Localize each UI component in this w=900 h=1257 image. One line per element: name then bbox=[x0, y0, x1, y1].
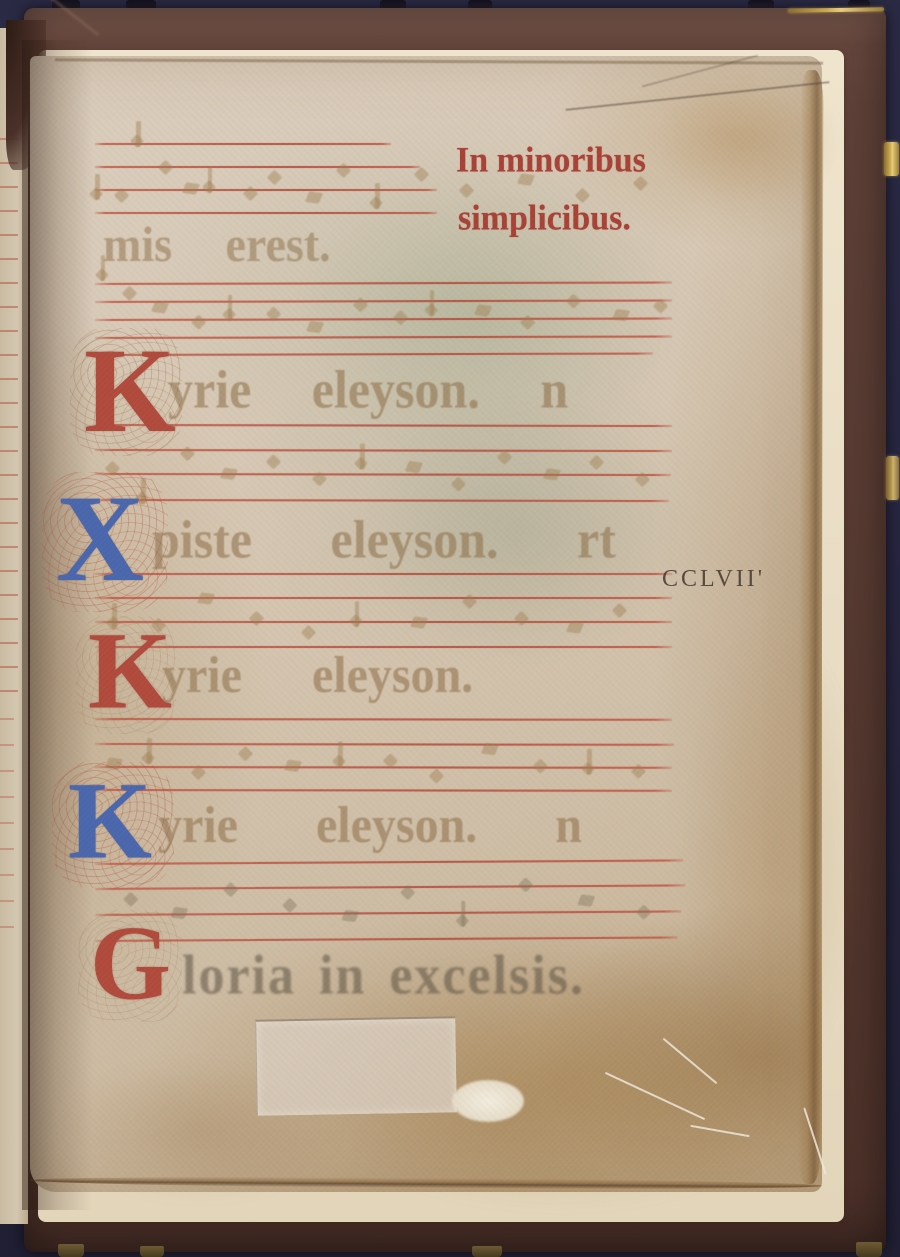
neume-mark bbox=[393, 310, 409, 326]
neume-mark bbox=[237, 746, 253, 762]
rubric-line-2: simplicibus. bbox=[458, 199, 631, 239]
staff-line bbox=[95, 166, 420, 168]
neume-mark bbox=[577, 895, 595, 907]
neume-mark bbox=[122, 285, 138, 301]
staff-line bbox=[95, 281, 672, 285]
initial-letter-x: X bbox=[56, 477, 144, 601]
neume-mark bbox=[566, 293, 582, 309]
neume-mark bbox=[336, 162, 352, 178]
neume-mark bbox=[566, 621, 584, 633]
neume-mark bbox=[612, 603, 628, 619]
initial-letter-g: G bbox=[90, 911, 171, 1017]
neume-mark bbox=[462, 594, 478, 610]
folio-number: CCLVII' bbox=[662, 566, 765, 593]
staff-line bbox=[95, 621, 672, 623]
neume-mark bbox=[360, 443, 365, 469]
neume-mark bbox=[430, 291, 435, 317]
neume-mark bbox=[631, 763, 647, 779]
neume-mark bbox=[404, 460, 422, 472]
staff-line bbox=[95, 212, 437, 214]
chant-text-row: yrie eleyson. n bbox=[158, 796, 582, 855]
neume-mark bbox=[182, 182, 200, 194]
neume-mark bbox=[589, 454, 605, 470]
staff-line bbox=[95, 317, 672, 321]
staff-line bbox=[95, 335, 672, 339]
initial-letter-k: K bbox=[84, 331, 176, 451]
neume-mark bbox=[375, 183, 380, 209]
neume-mark bbox=[249, 610, 265, 626]
chant-text-row: yrie eleyson. bbox=[162, 646, 473, 705]
neume-mark bbox=[307, 321, 325, 333]
neume-mark bbox=[474, 304, 492, 316]
staff-line bbox=[95, 499, 669, 502]
neume-mark bbox=[338, 741, 343, 767]
staff-line bbox=[95, 597, 672, 599]
chant-text-row: piste eleyson. rt bbox=[152, 508, 616, 571]
neume-mark bbox=[243, 185, 259, 201]
neume-mark bbox=[414, 167, 430, 183]
neume-mark bbox=[450, 476, 466, 492]
neume-mark bbox=[266, 454, 282, 470]
staff-line bbox=[95, 789, 672, 792]
neume-mark bbox=[191, 314, 207, 330]
manuscript-photo: In minoribus simplicibus. CCLVII' mis er… bbox=[0, 0, 900, 1257]
staff-line bbox=[95, 473, 671, 476]
initial-letter-k: K bbox=[88, 617, 172, 727]
neume-mark bbox=[282, 897, 298, 913]
neume-mark bbox=[300, 625, 316, 641]
neume-mark bbox=[151, 301, 169, 313]
neume-mark bbox=[459, 183, 475, 199]
neume-mark bbox=[514, 610, 530, 626]
staff-line bbox=[95, 189, 437, 191]
neume-mark bbox=[284, 760, 302, 772]
neume-mark bbox=[220, 467, 238, 479]
staff-line bbox=[95, 299, 672, 303]
initial-letter-k: K bbox=[68, 767, 152, 877]
staff-line bbox=[95, 573, 672, 575]
neume-mark bbox=[533, 758, 549, 774]
neume-mark bbox=[461, 901, 466, 927]
staff-line bbox=[95, 718, 672, 721]
neume-mark bbox=[223, 881, 239, 897]
neume-mark bbox=[543, 468, 561, 480]
neume-mark bbox=[170, 906, 188, 918]
neume-mark bbox=[587, 749, 592, 775]
neume-mark bbox=[481, 743, 499, 755]
chant-text-row: yrie eleyson. n bbox=[168, 358, 568, 421]
neume-mark bbox=[95, 174, 100, 200]
neume-mark bbox=[410, 617, 428, 629]
staff-line bbox=[95, 936, 677, 942]
staff-line bbox=[95, 859, 683, 865]
staff-line bbox=[95, 424, 672, 427]
repair-patch bbox=[255, 1016, 457, 1115]
chant-text-row: mis erest. bbox=[103, 216, 331, 273]
neume-mark bbox=[228, 295, 233, 321]
chant-text-row: loria in excelsis. bbox=[182, 944, 585, 1008]
neume-mark bbox=[136, 121, 141, 147]
neume-mark bbox=[428, 768, 444, 784]
neume-mark bbox=[612, 309, 630, 321]
neume-mark bbox=[305, 191, 323, 203]
neume-mark bbox=[341, 910, 359, 922]
neume-mark bbox=[158, 160, 174, 176]
neume-mark bbox=[208, 167, 213, 193]
neume-mark bbox=[197, 593, 215, 605]
staff-line bbox=[95, 743, 674, 746]
neume-mark bbox=[355, 601, 360, 627]
staff-line bbox=[95, 884, 685, 890]
neume-mark bbox=[518, 877, 534, 893]
neume-mark bbox=[267, 169, 283, 185]
tear-hole bbox=[452, 1080, 524, 1122]
rubric-line-1: In minoribus bbox=[456, 141, 646, 181]
neume-mark bbox=[636, 904, 652, 920]
